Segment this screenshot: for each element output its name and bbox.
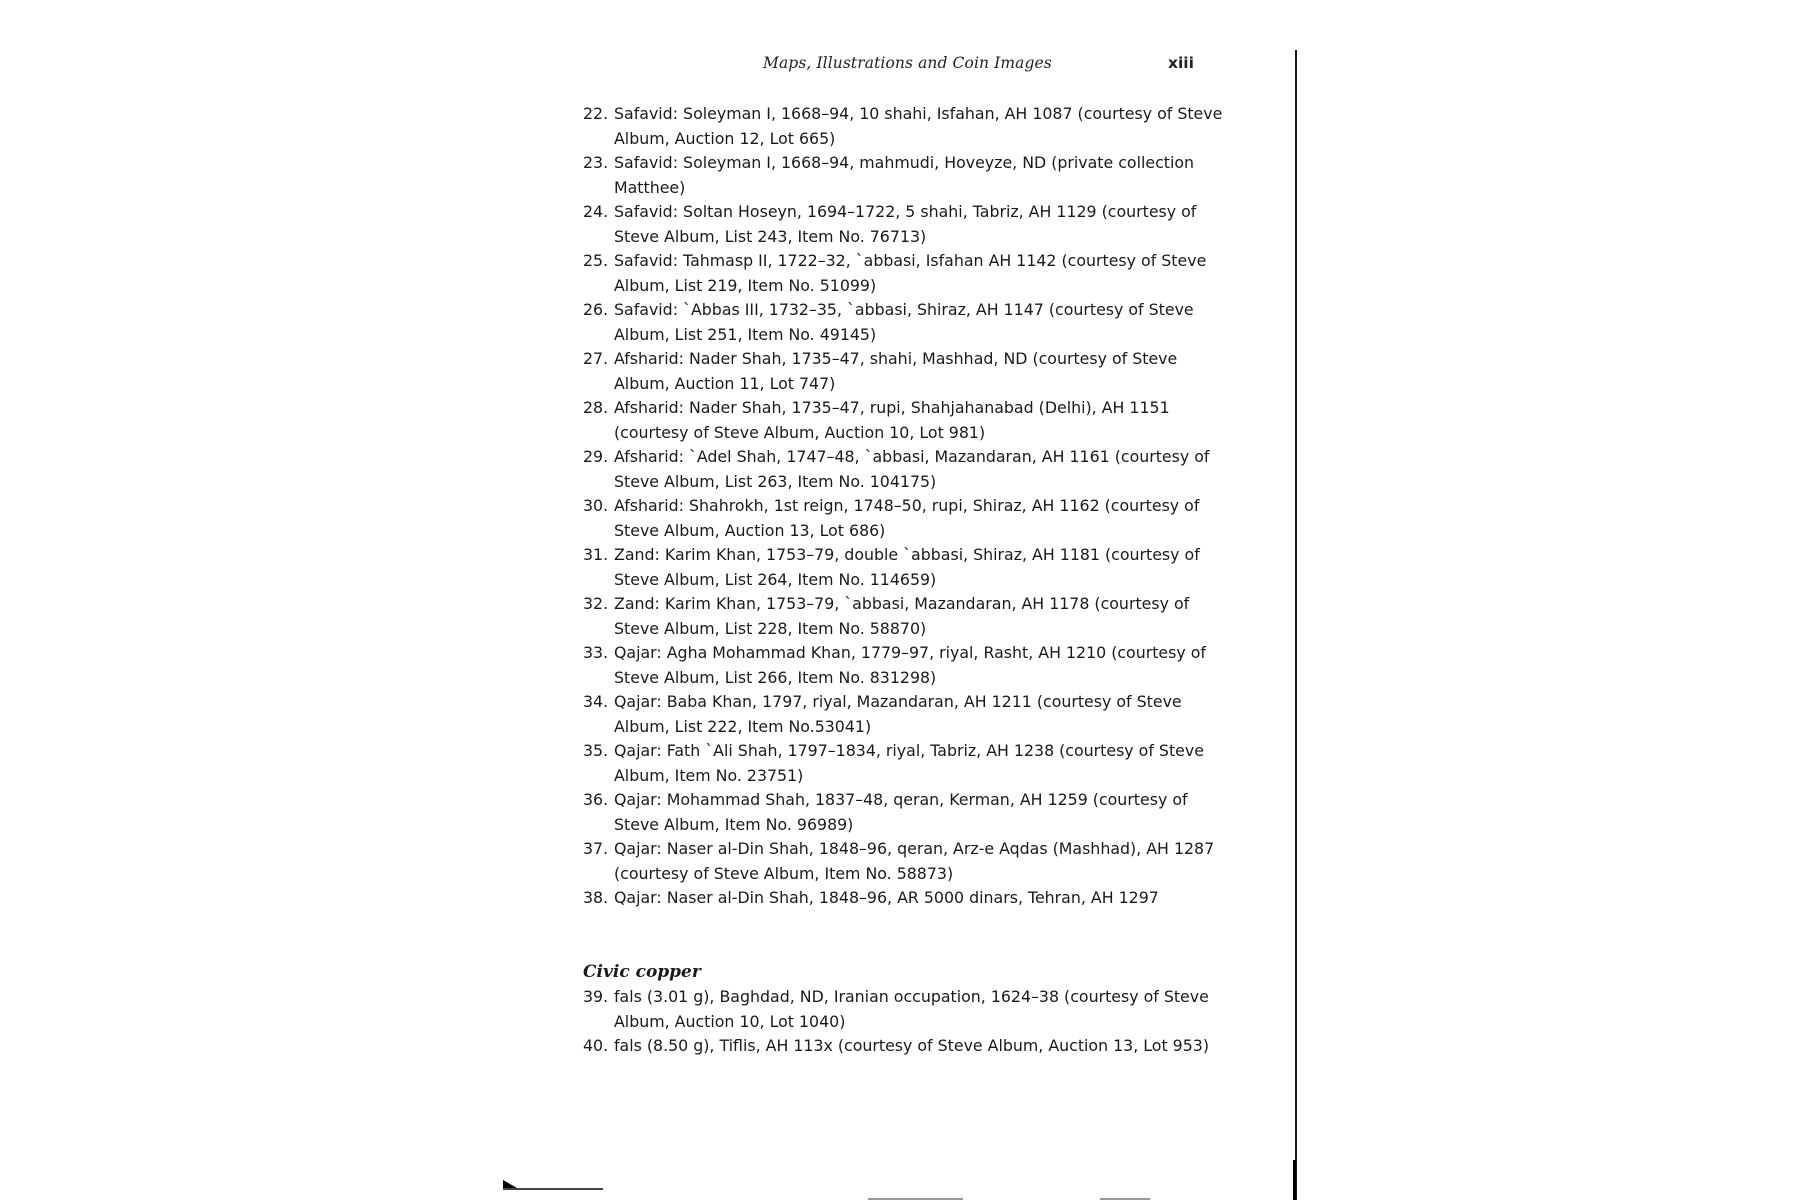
item-number: 22.	[583, 102, 608, 127]
list-item: 26.Safavid: `Abbas III, 1732–35, `abbasi…	[583, 298, 1223, 347]
item-text: Afsharid: Shahrokh, 1st reign, 1748–50, …	[614, 494, 1223, 543]
book-page: Maps, Illustrations and Coin Images xiii…	[0, 0, 1800, 1200]
item-text: Zand: Karim Khan, 1753–79, double `abbas…	[614, 543, 1223, 592]
list-item: 23.Safavid: Soleyman I, 1668–94, mahmudi…	[583, 151, 1223, 200]
section-heading: Civic copper	[583, 962, 701, 982]
page-edge-rule	[1295, 50, 1297, 1200]
item-number: 39.	[583, 985, 608, 1010]
civic-copper-list: 39.fals (3.01 g), Baghdad, ND, Iranian o…	[583, 985, 1223, 1059]
item-number: 28.	[583, 396, 608, 421]
scan-corner-mark	[503, 1188, 603, 1190]
item-number: 24.	[583, 200, 608, 225]
list-item: 27.Afsharid: Nader Shah, 1735–47, shahi,…	[583, 347, 1223, 396]
item-text: Afsharid: Nader Shah, 1735–47, rupi, Sha…	[614, 396, 1223, 445]
item-text: Safavid: Tahmasp II, 1722–32, `abbasi, I…	[614, 249, 1223, 298]
item-number: 35.	[583, 739, 608, 764]
list-item: 37.Qajar: Naser al-Din Shah, 1848–96, qe…	[583, 837, 1223, 886]
coin-image-list: 22.Safavid: Soleyman I, 1668–94, 10 shah…	[583, 102, 1223, 911]
item-text: Qajar: Agha Mohammad Khan, 1779–97, riya…	[614, 641, 1223, 690]
item-text: Zand: Karim Khan, 1753–79, `abbasi, Maza…	[614, 592, 1223, 641]
item-text: Afsharid: `Adel Shah, 1747–48, `abbasi, …	[614, 445, 1223, 494]
item-text: Qajar: Baba Khan, 1797, riyal, Mazandara…	[614, 690, 1223, 739]
item-number: 27.	[583, 347, 608, 372]
item-number: 38.	[583, 886, 608, 911]
list-item: 35.Qajar: Fath `Ali Shah, 1797–1834, riy…	[583, 739, 1223, 788]
item-text: Qajar: Naser al-Din Shah, 1848–96, AR 50…	[614, 886, 1223, 911]
list-item: 24.Safavid: Soltan Hoseyn, 1694–1722, 5 …	[583, 200, 1223, 249]
page-number: xiii	[1168, 54, 1194, 72]
item-number: 25.	[583, 249, 608, 274]
list-item: 25.Safavid: Tahmasp II, 1722–32, `abbasi…	[583, 249, 1223, 298]
item-text: Safavid: `Abbas III, 1732–35, `abbasi, S…	[614, 298, 1223, 347]
item-number: 37.	[583, 837, 608, 862]
item-text: fals (3.01 g), Baghdad, ND, Iranian occu…	[614, 985, 1223, 1034]
list-item: 34.Qajar: Baba Khan, 1797, riyal, Mazand…	[583, 690, 1223, 739]
list-item: 28.Afsharid: Nader Shah, 1735–47, rupi, …	[583, 396, 1223, 445]
list-item: 29.Afsharid: `Adel Shah, 1747–48, `abbas…	[583, 445, 1223, 494]
item-number: 40.	[583, 1034, 608, 1059]
item-text: Safavid: Soleyman I, 1668–94, 10 shahi, …	[614, 102, 1223, 151]
item-number: 31.	[583, 543, 608, 568]
item-number: 32.	[583, 592, 608, 617]
running-head: Maps, Illustrations and Coin Images xiii	[580, 54, 1200, 78]
list-item: 22.Safavid: Soleyman I, 1668–94, 10 shah…	[583, 102, 1223, 151]
item-number: 30.	[583, 494, 608, 519]
item-number: 26.	[583, 298, 608, 323]
item-text: Safavid: Soltan Hoseyn, 1694–1722, 5 sha…	[614, 200, 1223, 249]
item-text: Qajar: Fath `Ali Shah, 1797–1834, riyal,…	[614, 739, 1223, 788]
list-item: 36.Qajar: Mohammad Shah, 1837–48, qeran,…	[583, 788, 1223, 837]
list-item: 31.Zand: Karim Khan, 1753–79, double `ab…	[583, 543, 1223, 592]
item-text: Afsharid: Nader Shah, 1735–47, shahi, Ma…	[614, 347, 1223, 396]
list-item: 38.Qajar: Naser al-Din Shah, 1848–96, AR…	[583, 886, 1223, 911]
list-item: 40.fals (8.50 g), Tiflis, AH 113x (court…	[583, 1034, 1223, 1059]
item-text: Qajar: Mohammad Shah, 1837–48, qeran, Ke…	[614, 788, 1223, 837]
item-number: 33.	[583, 641, 608, 666]
item-text: fals (8.50 g), Tiflis, AH 113x (courtesy…	[614, 1034, 1223, 1059]
list-item: 30.Afsharid: Shahrokh, 1st reign, 1748–5…	[583, 494, 1223, 543]
item-number: 34.	[583, 690, 608, 715]
item-text: Qajar: Naser al-Din Shah, 1848–96, qeran…	[614, 837, 1223, 886]
item-number: 23.	[583, 151, 608, 176]
list-item: 39.fals (3.01 g), Baghdad, ND, Iranian o…	[583, 985, 1223, 1034]
list-item: 32.Zand: Karim Khan, 1753–79, `abbasi, M…	[583, 592, 1223, 641]
item-number: 36.	[583, 788, 608, 813]
running-title: Maps, Illustrations and Coin Images	[763, 54, 1052, 72]
item-text: Safavid: Soleyman I, 1668–94, mahmudi, H…	[614, 151, 1223, 200]
list-item: 33.Qajar: Agha Mohammad Khan, 1779–97, r…	[583, 641, 1223, 690]
item-number: 29.	[583, 445, 608, 470]
